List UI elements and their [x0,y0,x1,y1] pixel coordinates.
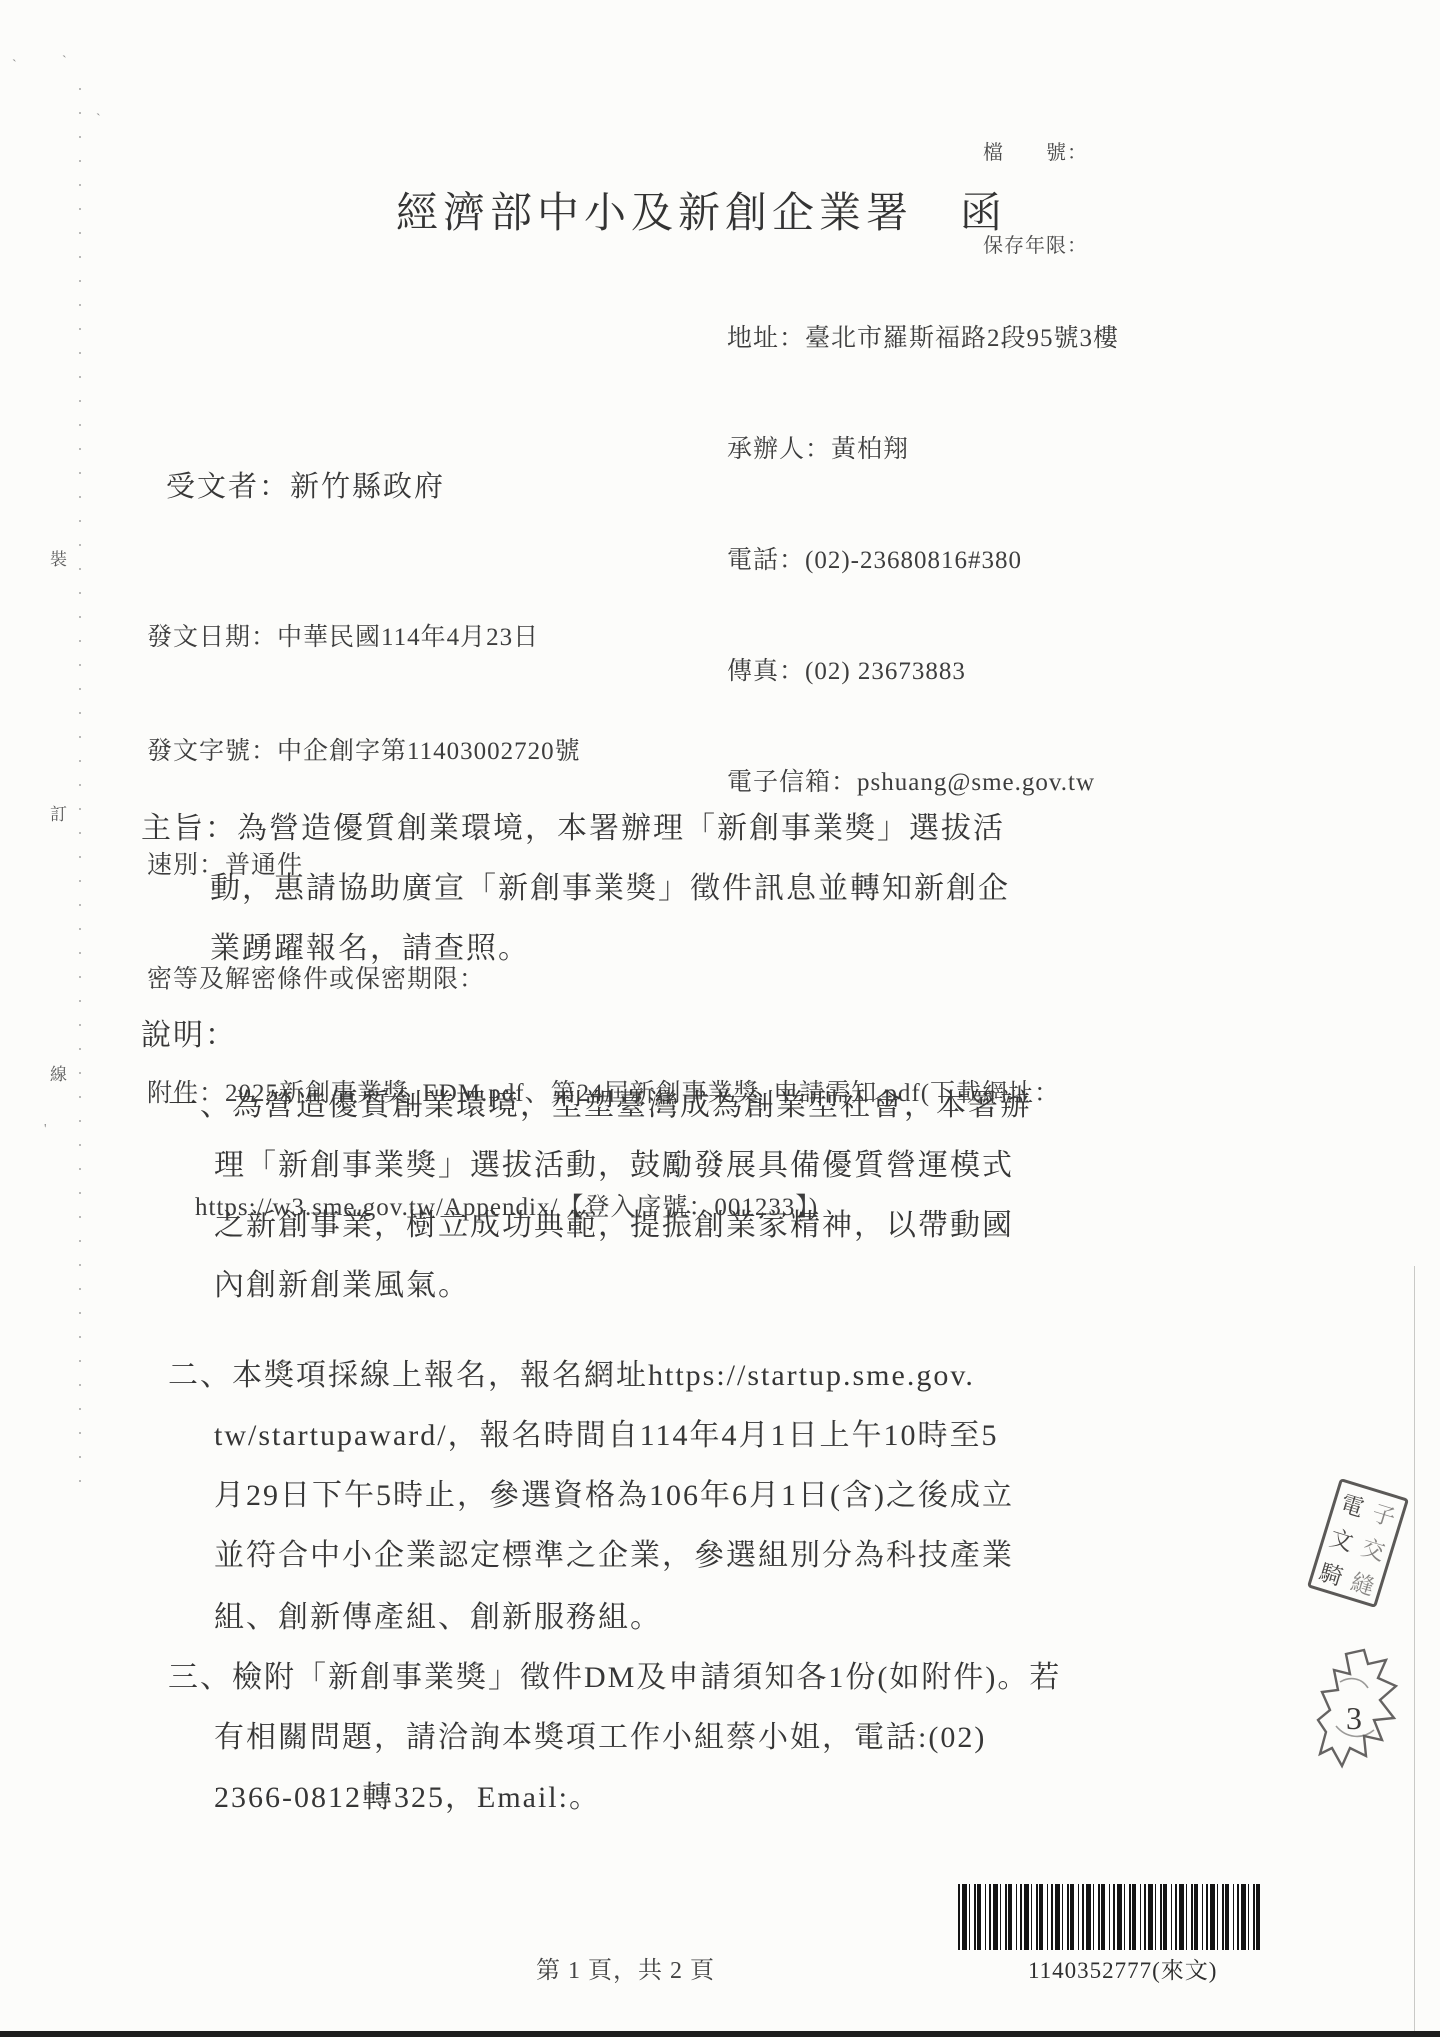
explanation-item3-line2: 有相關問題，請洽詢本獎項工作小組蔡小姐，電話:(02) [214,1712,986,1756]
scan-speck: ` [12,58,17,74]
explanation-item2-line4: 並符合中小企業認定標準之企業，參選組別分為科技產業 [214,1530,1014,1574]
scan-speck: ' [44,1122,47,1138]
explanation-item2-line5: 組、創新傳產組、創新服務組。 [214,1592,662,1636]
explanation-item2-line2: tw/startupaward/，報名時間自114年4月1日上午10時至5 [214,1410,999,1454]
electronic-exchange-stamp: 電 子 文 交 騎 縫 [1307,1478,1409,1608]
explanation-item1-line4: 內創新創業風氣。 [214,1260,470,1304]
scan-bottom-edge [0,2031,1440,2037]
subject-line-3: 業踴躍報名，請查照。 [210,923,530,967]
explanation-item1-line1: 一、為營造優質創業環境，型塑臺灣成為創業型社會，本署辦 [168,1080,1032,1124]
document-title: 經濟部中小及新創企業署 函 [396,180,1007,240]
scan-artifact-line [1414,1266,1415,2037]
document-page: 檔 號： 保存年限： 經濟部中小及新創企業署 函 地址：臺北市羅斯福路2段95號… [0,0,1440,2037]
binding-dotted-line [79,88,81,1493]
explanation-item1-line3: 之新創事業，樹立成功典範，提振創業家精神，以帶動國 [214,1200,1014,1244]
scan-speck: ` [62,54,67,70]
stamp-char: 縫 [1347,1563,1379,1601]
explanation-item3-line3: 2366-0812轉325，Email:。 [214,1772,601,1816]
subject-line-1: 主旨：為營造優質創業環境，本署辦理「新創事業獎」選拔活 [141,803,1005,847]
page-seal-number: 3 [1346,1700,1362,1737]
barcode [958,1884,1260,1950]
sender-contact-person: 承辦人：黃柏翔 [727,431,1119,468]
file-no-label: 檔 號： [983,138,1088,169]
issue-date: 發文日期：中華民國114年4月23日 [147,619,1060,657]
explanation-item2-line3: 月29日下午5時止，參選資格為106年6月1日(含)之後成立 [214,1470,1014,1514]
explanation-label: 說明： [141,1010,237,1054]
binding-mark-ding: 訂 [50,800,67,825]
barcode-number: 1140352777(來文) [1028,1952,1217,1985]
binding-mark-zhuang: 裝 [50,545,67,570]
stamp-char: 子 [1368,1494,1400,1532]
stamp-char: 文 [1326,1519,1358,1557]
sender-address: 地址：臺北市羅斯福路2段95號3樓 [727,320,1119,357]
explanation-item3-line1: 三、檢附「新創事業獎」徵件DM及申請須知各1份(如附件)。若 [168,1652,1061,1696]
binding-mark-xian: 線 [50,1060,67,1085]
subject-line-2: 動，惠請協助廣宣「新創事業獎」徵件訊息並轉知新創企 [210,863,1010,907]
explanation-item1-line2: 理「新創事業獎」選拔活動，鼓勵發展具備優質營運模式 [214,1140,1014,1184]
doc-number: 發文字號：中企創字第11403002720號 [147,733,1060,771]
page-number-info: 第 1 頁，共 2 頁 [536,1950,715,1985]
recipient-line: 受文者：新竹縣政府 [166,464,445,505]
explanation-item2-line1: 二、本獎項採線上報名，報名網址https://startup.sme.gov. [168,1350,975,1394]
scan-speck: ` [96,112,101,128]
stamp-char: 交 [1358,1529,1390,1567]
stamp-char: 騎 [1316,1553,1348,1591]
stamp-char: 電 [1337,1485,1369,1523]
